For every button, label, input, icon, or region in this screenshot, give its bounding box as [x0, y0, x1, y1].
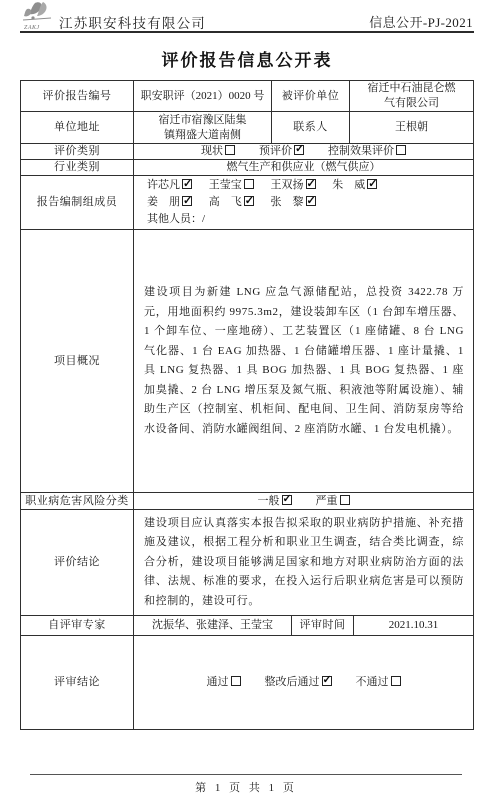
- brush-logo-icon: [21, 1, 57, 25]
- company-logo: ZAKJ: [21, 1, 57, 31]
- checkbox-control-effect-icon: [396, 145, 406, 155]
- report-number-value: 职安职评（2021）0020 号: [134, 81, 272, 111]
- checkbox-severe-icon: [340, 495, 350, 505]
- eval-category-options: 现状 预评价 控制效果评价: [134, 144, 473, 159]
- checkbox-general-icon: [282, 495, 292, 505]
- team-other-personnel: 其他人员：/: [147, 211, 391, 228]
- member-name: 姜 朋: [147, 196, 180, 208]
- address-value: 宿迁市宿豫区陆集镇翔盛大道南侧: [134, 112, 272, 143]
- member-name: 王双扬: [271, 179, 304, 191]
- project-overview-value: 建设项目为新建 LNG 应急气源储配站，总投资 3422.78 万元，用地面积约…: [134, 230, 473, 492]
- option-label: 一般: [258, 495, 280, 507]
- team-member-lines: 许芯凡 王莹宝 王双扬 朱 威 姜 朋 高 飞 张 黎 其他人员：/: [138, 177, 391, 228]
- review-time-label: 评审时间: [292, 616, 354, 635]
- team-members-value: 许芯凡 王莹宝 王双扬 朱 威 姜 朋 高 飞 张 黎 其他人员：/: [134, 176, 473, 229]
- team-member: 张 黎: [271, 196, 316, 208]
- member-name: 王莹宝: [209, 179, 242, 191]
- row-industry: 行业类别 燃气生产和供应业（燃气供应）: [21, 160, 473, 176]
- evaluation-conclusion-text: 建设项目应认真落实本报告拟采取的职业病防护措施、补充措施及建议，根据工程分析和职…: [144, 514, 464, 612]
- option-severe: 严重: [316, 494, 350, 509]
- member-checkbox-icon: [244, 179, 254, 189]
- option-pass: 通过: [207, 675, 241, 690]
- member-checkbox-icon: [367, 179, 377, 189]
- eval-category-label: 评价类别: [21, 144, 134, 159]
- project-overview-label: 项目概况: [21, 230, 134, 492]
- member-checkbox-icon: [182, 196, 192, 206]
- team-members-label: 报告编制组成员: [21, 176, 134, 229]
- review-experts-label: 自评审专家: [21, 616, 134, 635]
- row-report-number: 评价报告编号 职安职评（2021）0020 号 被评价单位 宿迁中石油昆仑燃气有…: [21, 81, 473, 112]
- team-line-2: 姜 朋 高 飞 张 黎: [147, 194, 391, 211]
- team-line-1: 许芯凡 王莹宝 王双扬 朱 威: [147, 177, 391, 194]
- member-name: 高 飞: [209, 196, 242, 208]
- page-title: 评价报告信息公开表: [20, 46, 474, 71]
- evaluation-conclusion-label: 评价结论: [21, 510, 134, 615]
- option-label: 现状: [201, 145, 223, 157]
- contact-label: 联系人: [272, 112, 350, 143]
- report-number-label: 评价报告编号: [21, 81, 134, 111]
- row-review-result: 评审结论 通过 整改后通过 不通过: [21, 636, 473, 729]
- member-checkbox-icon: [244, 196, 254, 206]
- industry-value: 燃气生产和供应业（燃气供应）: [134, 160, 473, 175]
- disclosure-form-table: 评价报告编号 职安职评（2021）0020 号 被评价单位 宿迁中石油昆仑燃气有…: [20, 80, 474, 730]
- option-label: 整改后通过: [265, 676, 320, 688]
- address-text: 宿迁市宿豫区陆集镇翔盛大道南侧: [138, 113, 267, 143]
- evaluated-unit-text: 宿迁中石油昆仑燃气有限公司: [354, 81, 469, 111]
- option-control-effect: 控制效果评价: [328, 144, 406, 159]
- option-fail: 不通过: [356, 675, 401, 690]
- checkbox-pre-evaluation-icon: [294, 145, 304, 155]
- row-risk-classification: 职业病危害风险分类 一般 严重: [21, 493, 473, 510]
- review-result-options: 通过 整改后通过 不通过: [134, 636, 473, 729]
- option-label: 不通过: [356, 676, 389, 688]
- option-label: 预评价: [259, 145, 292, 157]
- row-review-experts: 自评审专家 沈振华、张建泽、王莹宝 评审时间 2021.10.31: [21, 616, 473, 636]
- option-status-quo: 现状: [201, 144, 235, 159]
- member-name: 张 黎: [271, 196, 304, 208]
- industry-label: 行业类别: [21, 160, 134, 175]
- team-member: 姜 朋: [147, 196, 192, 208]
- project-overview-text: 建设项目为新建 LNG 应急气源储配站，总投资 3422.78 万元，用地面积约…: [144, 283, 464, 439]
- team-member: 朱 威: [332, 179, 377, 191]
- company-name: 江苏职安科技有限公司: [59, 12, 206, 32]
- option-label: 严重: [316, 495, 338, 507]
- row-team-members: 报告编制组成员 许芯凡 王莹宝 王双扬 朱 威 姜 朋 高 飞 张 黎 其他人员…: [21, 176, 473, 230]
- row-eval-category: 评价类别 现状 预评价 控制效果评价: [21, 144, 473, 160]
- row-address: 单位地址 宿迁市宿豫区陆集镇翔盛大道南侧 联系人 王根朝: [21, 112, 473, 144]
- row-project-overview: 项目概况 建设项目为新建 LNG 应急气源储配站，总投资 3422.78 万元，…: [21, 230, 473, 493]
- member-checkbox-icon: [182, 179, 192, 189]
- page-number: 第 1 页 共 1 页: [30, 775, 462, 795]
- review-experts-value: 沈振华、张建泽、王莹宝: [134, 616, 292, 635]
- option-pre-evaluation: 预评价: [259, 144, 304, 159]
- checkbox-pass-after-rectification-icon: [322, 676, 332, 686]
- option-label: 控制效果评价: [328, 145, 394, 157]
- team-member: 王双扬: [271, 179, 316, 191]
- review-time-value: 2021.10.31: [354, 616, 473, 635]
- logo-acronym: ZAKJ: [24, 25, 40, 31]
- page-footer: 第 1 页 共 1 页: [30, 774, 462, 795]
- row-evaluation-conclusion: 评价结论 建设项目应认真落实本报告拟采取的职业病防护措施、补充措施及建议，根据工…: [21, 510, 473, 616]
- contact-value: 王根朝: [350, 112, 473, 143]
- evaluated-unit-label: 被评价单位: [272, 81, 350, 111]
- member-name: 朱 威: [332, 179, 365, 191]
- page-header: ZAKJ 江苏职安科技有限公司 信息公开-PJ-2021: [20, 0, 474, 33]
- team-member: 高 飞: [209, 196, 254, 208]
- risk-classification-options: 一般 严重: [134, 493, 473, 509]
- option-general: 一般: [258, 494, 292, 509]
- team-member: 许芯凡: [147, 179, 192, 191]
- team-member: 王莹宝: [209, 179, 254, 191]
- checkbox-status-quo-icon: [225, 145, 235, 155]
- document-code: 信息公开-PJ-2021: [369, 12, 473, 31]
- member-checkbox-icon: [306, 179, 316, 189]
- evaluation-conclusion-value: 建设项目应认真落实本报告拟采取的职业病防护措施、补充措施及建议，根据工程分析和职…: [134, 510, 473, 615]
- review-result-label: 评审结论: [21, 636, 134, 729]
- option-label: 通过: [207, 676, 229, 688]
- risk-classification-label: 职业病危害风险分类: [21, 493, 134, 509]
- evaluated-unit-value: 宿迁中石油昆仑燃气有限公司: [350, 81, 473, 111]
- member-checkbox-icon: [306, 196, 316, 206]
- address-label: 单位地址: [21, 112, 134, 143]
- checkbox-fail-icon: [391, 676, 401, 686]
- checkbox-pass-icon: [231, 676, 241, 686]
- member-name: 许芯凡: [147, 179, 180, 191]
- option-pass-after-rectification: 整改后通过: [265, 675, 332, 690]
